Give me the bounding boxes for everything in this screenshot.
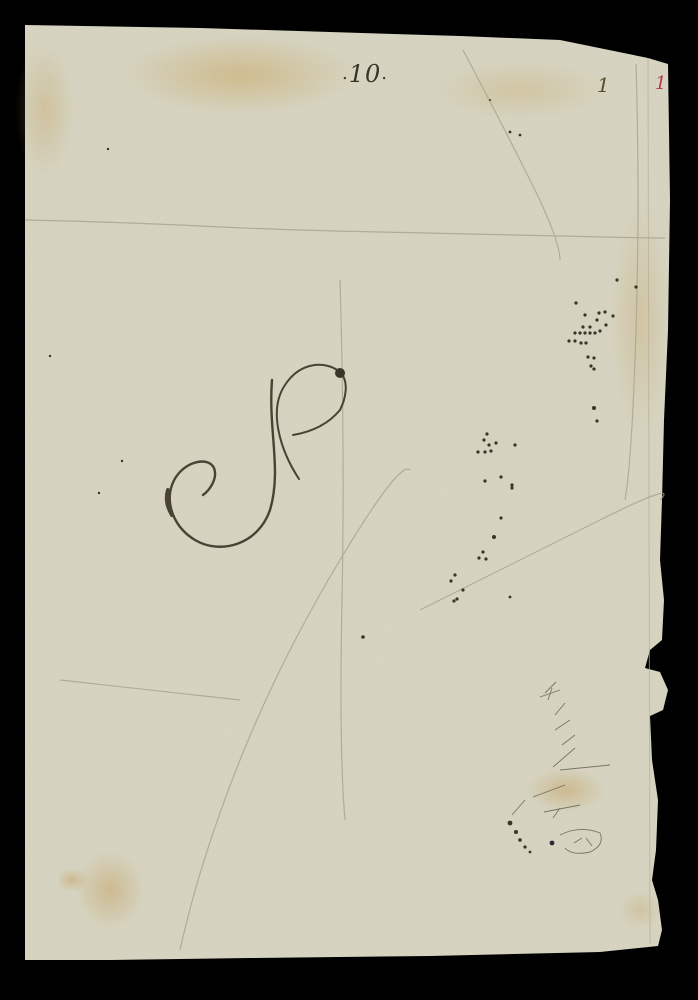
stain-bottom-left	[75, 850, 145, 930]
scan-background: .10. 1 1	[0, 0, 698, 1000]
folio-dot-left: .	[342, 63, 349, 84]
folio-number: .10.	[342, 60, 388, 88]
folio-number-text: 10	[349, 60, 382, 88]
stain-lower-right	[526, 768, 606, 812]
folio-dot-right: .	[381, 63, 388, 84]
stain-top	[120, 35, 360, 115]
manuscript-leaf	[0, 0, 698, 1000]
red-corner-mark: 1	[655, 73, 666, 94]
corner-mark: 1	[597, 73, 610, 97]
